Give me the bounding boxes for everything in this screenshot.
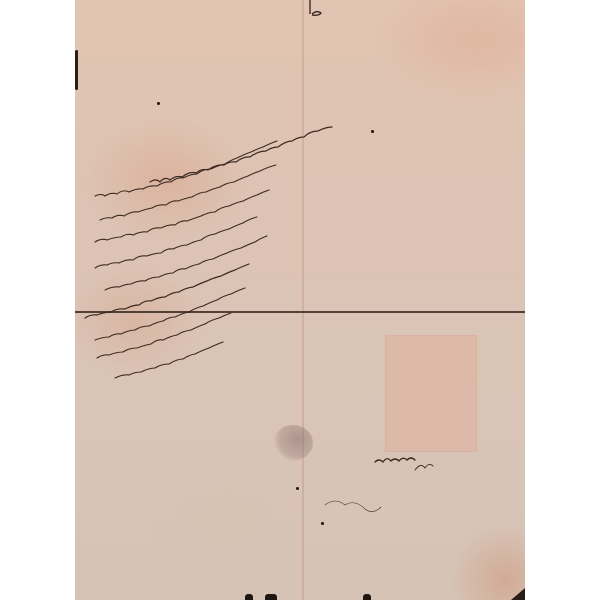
bottom-edge-mark <box>363 594 371 600</box>
ink-dot <box>296 487 299 490</box>
ink-dot <box>371 130 374 133</box>
handwritten-text: Illegible handwritten Arabic-script text… <box>75 0 525 600</box>
bottom-edge-mark <box>265 594 277 600</box>
bottom-edge-mark <box>245 594 253 600</box>
ink-dot <box>321 522 324 525</box>
ink-dot <box>157 102 160 105</box>
document-page: ه Illegible handwritten Arabic-script te… <box>75 0 525 600</box>
